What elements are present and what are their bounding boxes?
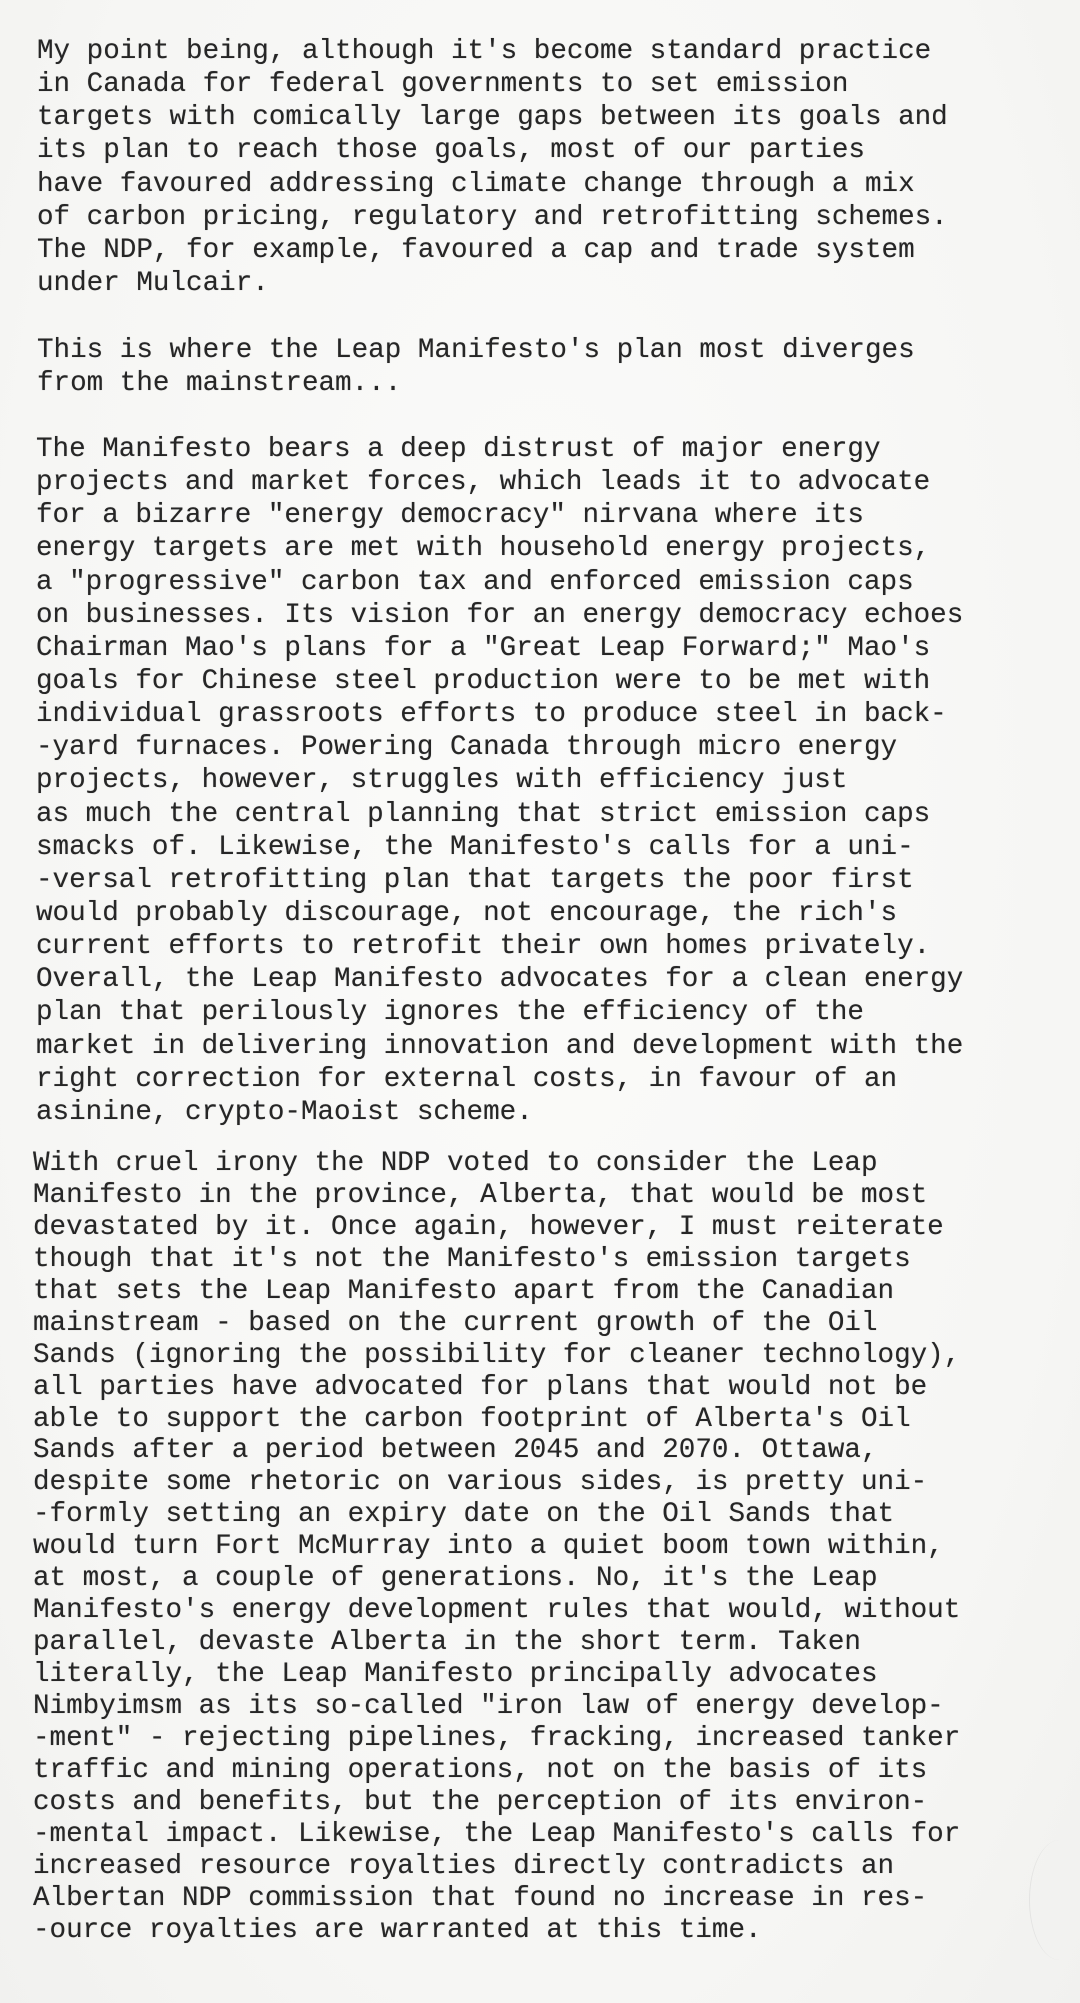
- text-line: despite some rhetoric on various sides, …: [33, 1467, 960, 1499]
- text-line: My point being, although it's become sta…: [37, 35, 948, 68]
- text-line: have favoured addressing climate change …: [37, 168, 948, 201]
- text-line: right correction for external costs, in …: [36, 1063, 963, 1096]
- text-line: in Canada for federal governments to set…: [37, 68, 948, 101]
- text-line: its plan to reach those goals, most of o…: [37, 134, 948, 167]
- text-line: able to support the carbon footprint of …: [33, 1404, 960, 1436]
- paragraph-1: My point being, although it's become sta…: [37, 35, 948, 300]
- text-line: costs and benefits, but the perception o…: [33, 1787, 960, 1819]
- text-line: all parties have advocated for plans tha…: [33, 1372, 960, 1404]
- text-line: that sets the Leap Manifesto apart from …: [33, 1276, 960, 1308]
- text-line: The NDP, for example, favoured a cap and…: [37, 234, 948, 267]
- text-line: current efforts to retrofit their own ho…: [36, 930, 963, 963]
- text-line: mainstream - based on the current growth…: [33, 1308, 960, 1340]
- text-line: Albertan NDP commission that found no in…: [33, 1883, 960, 1915]
- text-line: Manifesto's energy development rules tha…: [33, 1595, 960, 1627]
- text-line: market in delivering innovation and deve…: [36, 1030, 963, 1063]
- paragraph-3: The Manifesto bears a deep distrust of m…: [36, 433, 963, 1129]
- text-line: as much the central planning that strict…: [36, 798, 963, 831]
- text-line: Overall, the Leap Manifesto advocates fo…: [36, 963, 963, 996]
- text-line: would probably discourage, not encourage…: [36, 897, 963, 930]
- text-line: Nimbyimsm as its so-called "iron law of …: [33, 1691, 960, 1723]
- text-line: increased resource royalties directly co…: [33, 1851, 960, 1883]
- text-line: on businesses. Its vision for an energy …: [36, 599, 963, 632]
- text-line: would turn Fort McMurray into a quiet bo…: [33, 1531, 960, 1563]
- text-line: devastated by it. Once again, however, I…: [33, 1212, 960, 1244]
- paragraph-2: This is where the Leap Manifesto's plan …: [37, 334, 915, 400]
- text-line: for a bizarre "energy democracy" nirvana…: [36, 499, 963, 532]
- typewritten-page: My point being, although it's become sta…: [0, 0, 1080, 2003]
- text-line: plan that perilously ignores the efficie…: [36, 996, 963, 1029]
- text-line: This is where the Leap Manifesto's plan …: [37, 334, 915, 367]
- text-line: -ment" - rejecting pipelines, fracking, …: [33, 1723, 960, 1755]
- text-line: smacks of. Likewise, the Manifesto's cal…: [36, 831, 963, 864]
- text-line: -formly setting an expiry date on the Oi…: [33, 1499, 960, 1531]
- text-line: literally, the Leap Manifesto principall…: [33, 1659, 960, 1691]
- text-line: targets with comically large gaps betwee…: [37, 101, 948, 134]
- text-line: Chairman Mao's plans for a "Great Leap F…: [36, 632, 963, 665]
- text-line: With cruel irony the NDP voted to consid…: [33, 1148, 960, 1180]
- text-line: projects and market forces, which leads …: [36, 466, 963, 499]
- text-line: projects, however, struggles with effici…: [36, 764, 963, 797]
- text-line: Sands (ignoring the possibility for clea…: [33, 1340, 960, 1372]
- text-line: traffic and mining operations, not on th…: [33, 1755, 960, 1787]
- text-line: goals for Chinese steel production were …: [36, 665, 963, 698]
- text-line: -yard furnaces. Powering Canada through …: [36, 731, 963, 764]
- text-line: individual grassroots efforts to produce…: [36, 698, 963, 731]
- paper-crease-mark: [1029, 1840, 1080, 1960]
- text-line: parallel, devaste Alberta in the short t…: [33, 1627, 960, 1659]
- text-line: -versal retrofitting plan that targets t…: [36, 864, 963, 897]
- text-line: -ource royalties are warranted at this t…: [33, 1915, 960, 1947]
- text-line: asinine, crypto-Maoist scheme.: [36, 1096, 963, 1129]
- text-line: The Manifesto bears a deep distrust of m…: [36, 433, 963, 466]
- text-line: of carbon pricing, regulatory and retrof…: [37, 201, 948, 234]
- text-line: from the mainstream...: [37, 367, 915, 400]
- paragraph-4: With cruel irony the NDP voted to consid…: [33, 1148, 960, 1946]
- text-line: energy targets are met with household en…: [36, 532, 963, 565]
- text-line: Manifesto in the province, Alberta, that…: [33, 1180, 960, 1212]
- text-line: at most, a couple of generations. No, it…: [33, 1563, 960, 1595]
- text-line: Sands after a period between 2045 and 20…: [33, 1435, 960, 1467]
- text-line: under Mulcair.: [37, 267, 948, 300]
- text-line: -mental impact. Likewise, the Leap Manif…: [33, 1819, 960, 1851]
- text-line: a "progressive" carbon tax and enforced …: [36, 566, 963, 599]
- text-line: though that it's not the Manifesto's emi…: [33, 1244, 960, 1276]
